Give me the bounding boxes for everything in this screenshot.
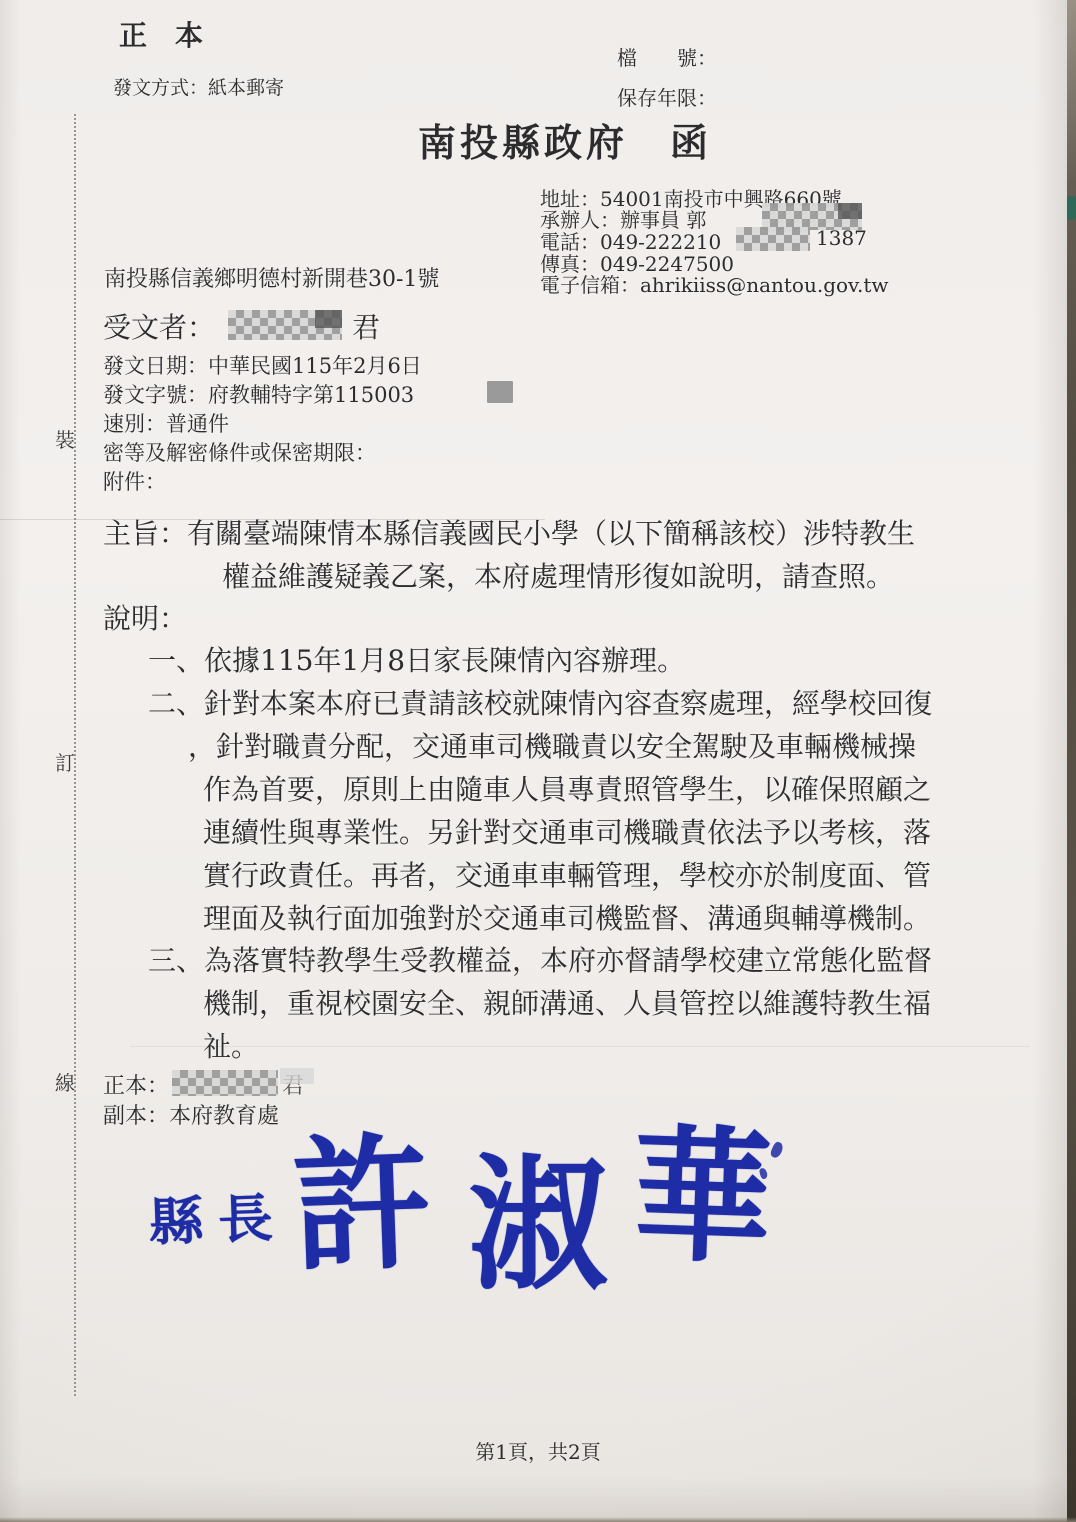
photo-right-edge [1067,0,1076,1522]
explanation-item-2-line-3: 作為首要，原則上由隨車人員專責照管學生，以確保照顧之 [203,768,931,808]
photo-edge-green-spot [1067,196,1076,220]
explanation-heading: 說明： [103,597,187,637]
signature-char-2: 淑 [469,1153,608,1298]
signature-char-1: 許 [290,1131,434,1281]
phone-redaction [736,227,810,251]
agency-email: 電子信箱：ahrikiiss@nantou.gov.tw [540,269,889,298]
file-number-label: 檔 號： [617,42,717,71]
explanation-item-3-line-3: 祉。 [203,1025,259,1065]
cc-original-name-redaction [172,1070,278,1096]
document-title: 南投縣政府 函 [418,112,712,167]
explanation-item-2-line-2: ，針對職責分配，交通車司機職責以安全駕駛及車輛機械操 [188,725,916,765]
recipient-honorific: 君 [352,306,380,346]
explanation-item-2-line-5: 實行政責任。再者，交通車車輛管理，學校亦於制度面、管 [203,854,931,894]
security-class: 密等及解密條件或保密期限： [103,437,376,467]
scanned-letter-page: 裝 訂 線 正 本 檔 號： 發文方式：紙本郵寄 保存年限： 南投縣政府 函 地… [0,0,1076,1522]
retention-label: 保存年限： [617,82,717,111]
page-number-footer: 第1頁，共2頁 [0,1436,1076,1465]
explanation-item-2-line-1: 二、針對本案本府已責請該校就陳情內容查察處理，經學校回復 [148,682,932,722]
explanation-item-3-line-1: 三、為落實特教學生受教權益，本府亦督請學校建立常態化監督 [148,939,932,979]
cc-honorific-partial-veil [280,1068,314,1084]
explanation-item-1: 一、依據115年1月8日家長陳情內容辦理。 [148,639,685,679]
binding-mark-xian: 線 [55,1067,75,1096]
explanation-item-2-line-4: 連續性與專業性。另針對交通車司機職責依法予以考核，落 [203,811,931,851]
issue-date: 發文日期：中華民國115年2月6日 [103,350,422,380]
explanation-item-2-line-6: 理面及執行面加強對於交通車司機監督、溝通與輔導機制。 [203,897,931,937]
speed-class: 速別：普通件 [103,408,229,438]
recipient-address: 南投縣信義鄉明德村新開巷30-1號 [104,262,439,293]
signature-char-3: 華 [630,1123,774,1273]
cc-copy-line: 副本：本府教育處 [103,1099,279,1130]
fold-crease-lower [130,1046,1030,1047]
photo-bottom-edge [0,1517,1076,1522]
cc-original-label: 正本： [103,1069,169,1100]
attachment-label: 附件： [103,466,166,496]
copy-type-label: 正 本 [119,14,203,54]
binding-mark-zhuang: 裝 [55,424,75,453]
doc-number-redaction [487,381,513,403]
doc-number: 發文字號：府教輔特字第115003 [103,379,414,409]
magistrate-title-stamp: 縣長 [147,1176,288,1256]
explanation-item-3-line-2: 機制，重視校園安全、親師溝通、人員管控以維護特教生福 [203,982,931,1022]
agency-phone-suffix: 1387 [816,226,867,250]
delivery-method: 發文方式：紙本郵寄 [113,73,284,100]
recipient-label: 受文者： [103,306,215,346]
subject-line-2: 權益維護疑義乙案，本府處理情形復如說明，請查照。 [222,555,894,595]
binding-mark-ding: 訂 [55,747,75,776]
recipient-name-redaction [228,310,342,340]
subject-line-1: 主旨：有關臺端陳情本縣信義國民小學（以下簡稱該校）涉特教生 [103,512,915,552]
